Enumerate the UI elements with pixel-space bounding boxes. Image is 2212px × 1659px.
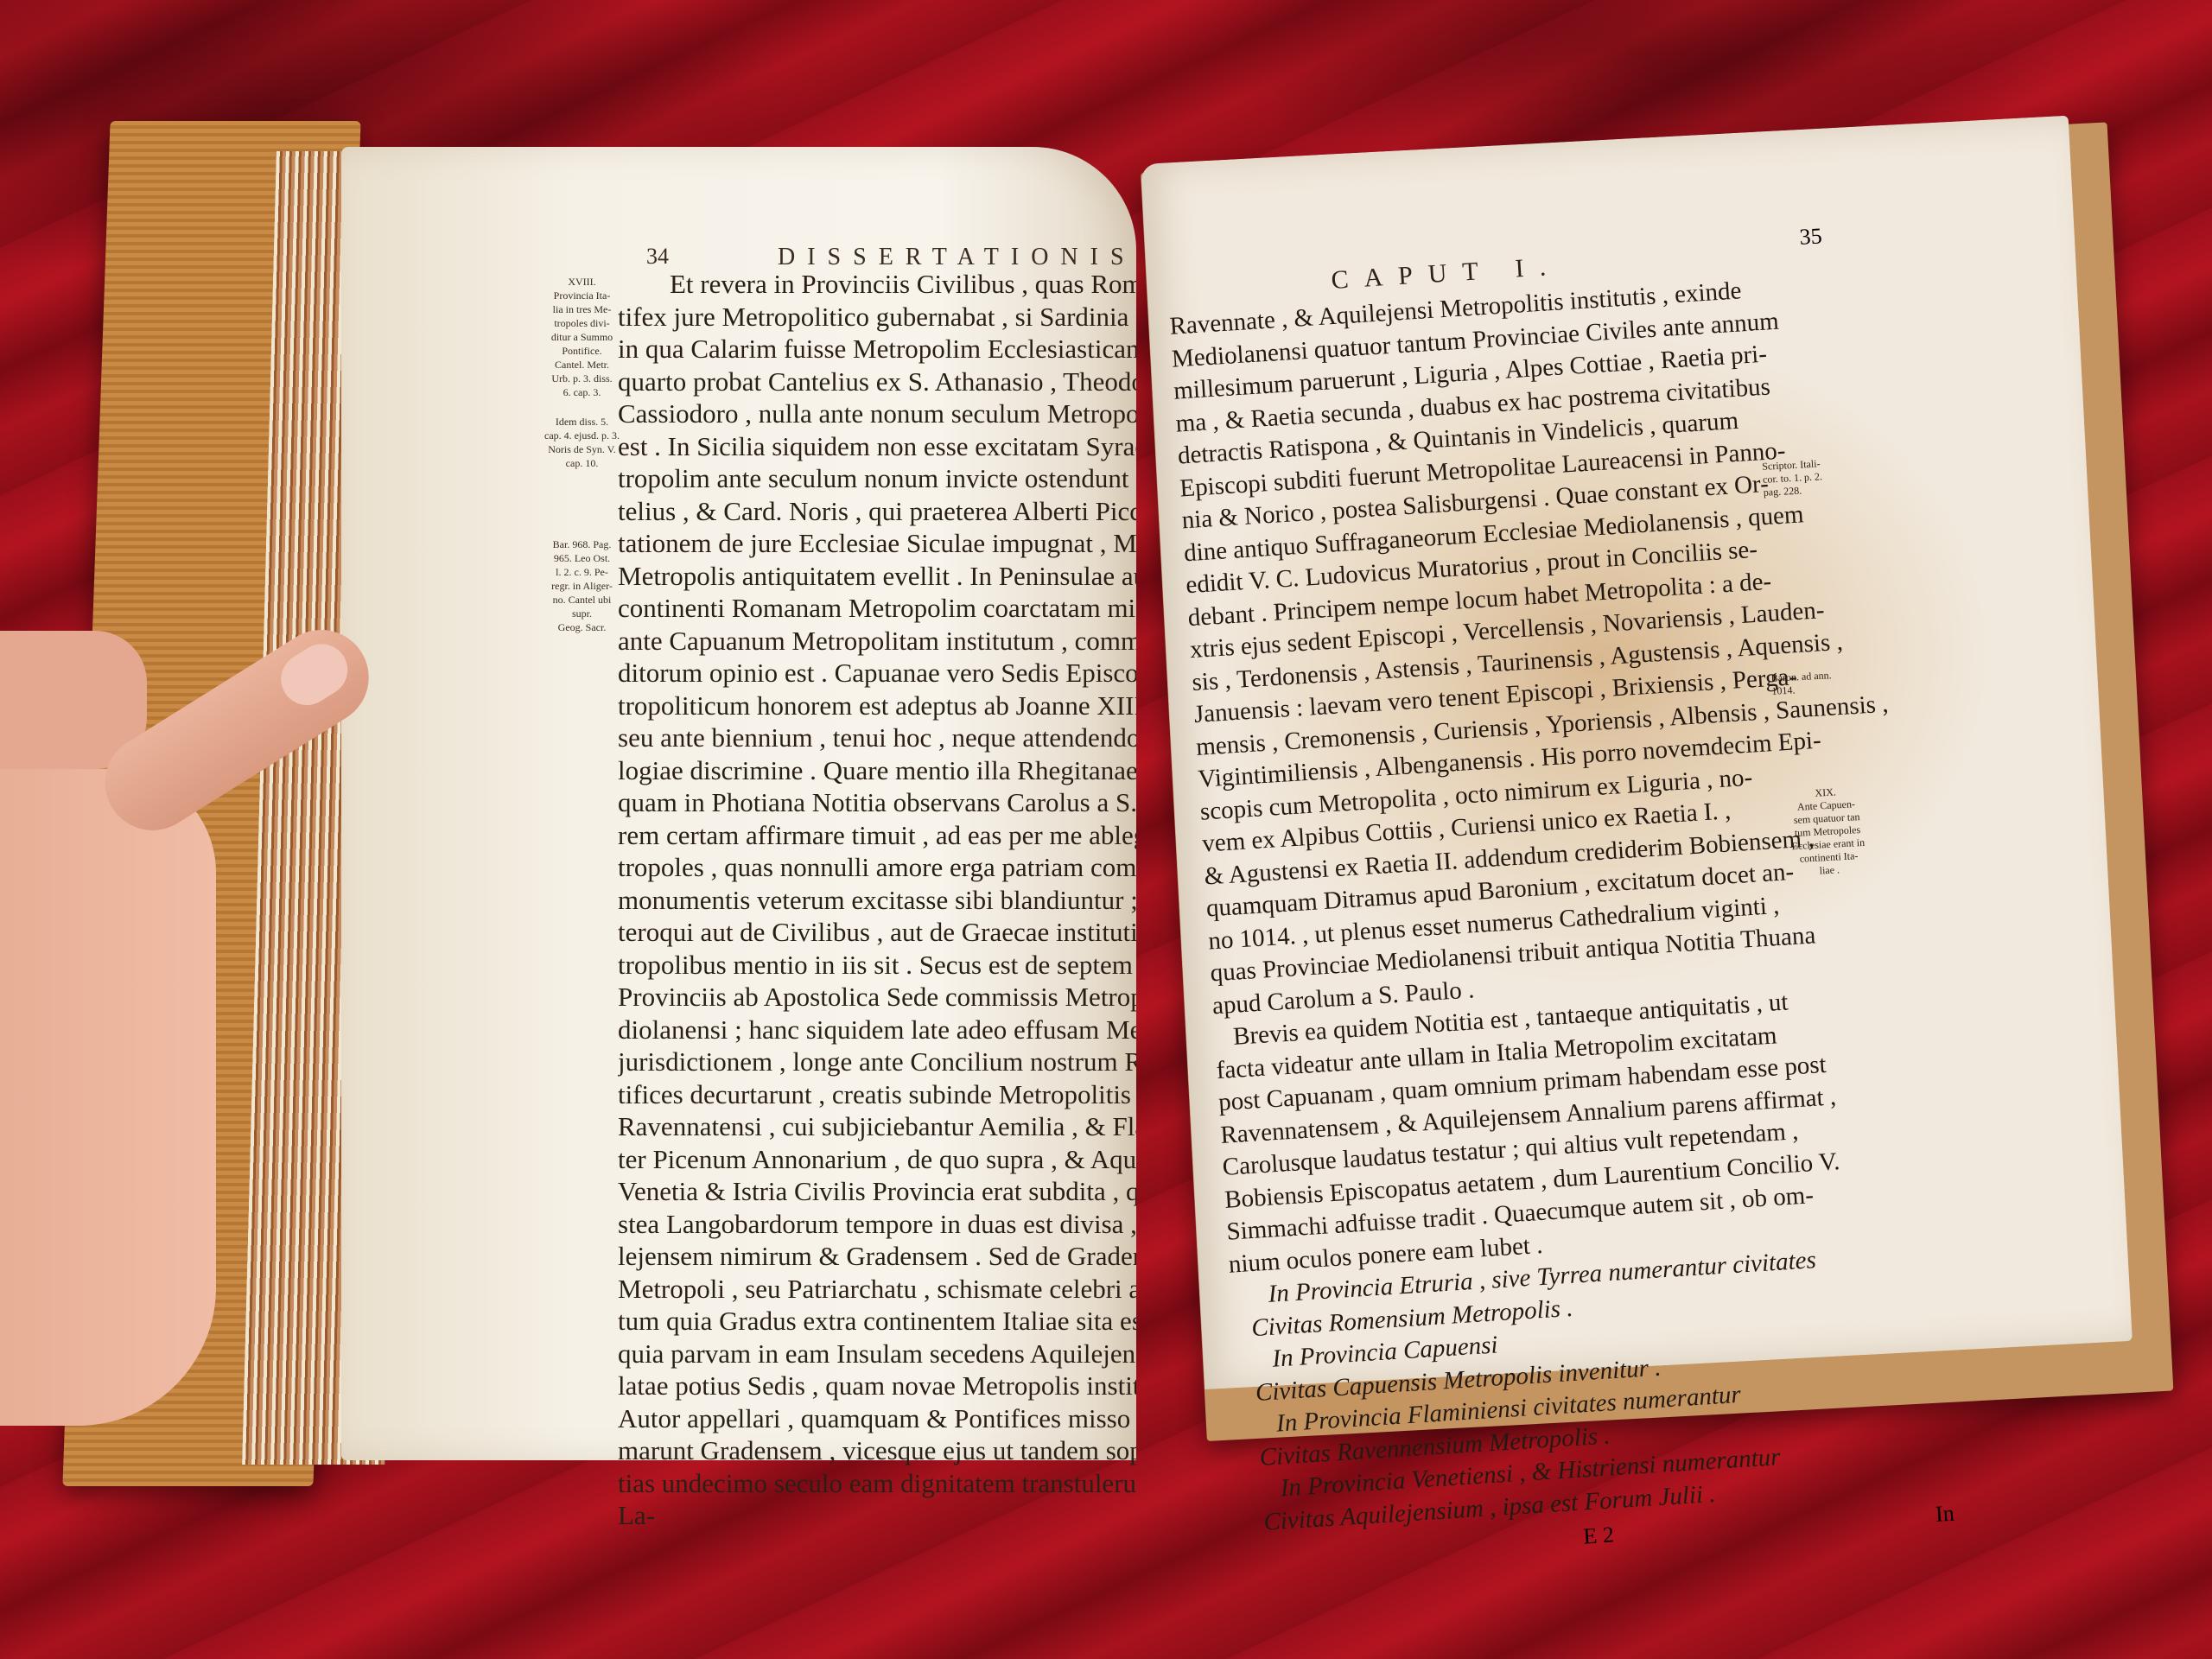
text-line: tationem de jure Ecclesiae Siculae impug… [618,527,1136,560]
text-line: ditorum opinio est . Capuanae vero Sedis… [618,657,1136,690]
text-line: tias undecimo seculo eam dignitatem tran… [618,1467,1136,1500]
margin-line: Geog. Sacr. [541,620,623,634]
text-line: ter Picenum Annonarium , de quo supra , … [618,1143,1136,1176]
margin-line: l. 2. c. 9. Pe- [541,565,623,579]
margin-line: tropoles divi- [541,316,623,330]
text-line: in qua Calarim fuisse Metropolim Ecclesi… [618,333,1136,365]
margin-line: XVIII. [541,275,623,289]
text-line: seu ante biennium , tenui hoc , neque at… [618,721,1136,754]
text-line: latae potius Sedis , quam novae Metropol… [618,1370,1136,1402]
margin-line: ditur a Summo [541,330,623,344]
signature-mark: E 2 [1583,1522,1615,1549]
text-line: stea Langobardorum tempore in duas est d… [618,1208,1136,1241]
margin-note-baron: Baron. ad ann. 1014. [1770,667,1866,698]
margin-line: cap. 10. [541,456,623,470]
margin-line: Provincia Ita- [541,289,623,302]
margin-line: no. Cantel ubi [541,593,623,607]
text-line: Metropolis antiquitatem evellit . In Pen… [618,560,1136,593]
text-line: marunt Gradensem , vicesque ejus ut tand… [618,1434,1136,1467]
margin-line: 6. cap. 3. [541,385,623,399]
text-line: Cassiodoro , nulla ante nonum seculum Me… [618,397,1136,430]
text-line: quia parvam in eam Insulam secedens Aqui… [618,1338,1136,1370]
margin-line: Idem diss. 5. [541,415,623,429]
right-page-content: 35 CAPUT I. Ravennate , & Aquilejensi Me… [1166,238,1852,1571]
text-line: tropolim ante seculum nonum invicte oste… [618,462,1136,495]
margin-line: regr. in Aliger- [541,579,623,593]
margin-note-xix: XIX. Ante Capuen- sem quatuor tan tum Me… [1777,784,1877,880]
margin-note-idem: Idem diss. 5. cap. 4. ejusd. p. 3. Noris… [541,415,623,470]
text-line: ante Capuanum Metropolitam institutum , … [618,625,1136,658]
left-page-body: Et revera in Provinciis Civilibus , quas… [618,268,1136,1532]
text-line: logiae discrimine . Quare mentio illa Rh… [618,754,1136,787]
margin-note-scriptor: Scriptor. Itali- cor. to. 1. p. 2. pag. … [1762,455,1859,499]
margin-line: Urb. p. 3. diss. [541,372,623,385]
text-line: tifex jure Metropolitico gubernabat , si… [618,301,1136,334]
text-line: continenti Romanam Metropolim coarctatam… [618,592,1136,625]
margin-line: 965. Leo Ost. [541,551,623,565]
text-line: Metropoli , seu Patriarchatu , schismate… [618,1273,1136,1306]
text-line: tropoles , quas nonnulli amore erga patr… [618,851,1136,884]
text-line: est . In Sicilia siquidem non esse excit… [618,430,1136,463]
text-line: monumentis veterum excitasse sibi blandi… [618,884,1136,917]
margin-line: cap. 4. ejusd. p. 3. [541,429,623,442]
photo-scene: 34 DISSERTATIONIS XVIII. Provincia Ita- … [0,0,2212,1659]
margin-line: lia in tres Me- [541,302,623,316]
margin-note-xviii: XVIII. Provincia Ita- lia in tres Me- tr… [541,275,623,399]
left-page-number: 34 [646,244,669,270]
text-line: Autor appellari , quamquam & Pontifices … [618,1402,1136,1435]
text-line: rem certam affirmare timuit , ad eas per… [618,819,1136,852]
text-line: lejensem nimirum & Gradensem . Sed de Gr… [618,1240,1136,1273]
hand-palm [0,769,216,1426]
text-line: jurisdictionem , longe ante Concilium no… [618,1046,1136,1078]
text-line: tifices decurtarunt , creatis subinde Me… [618,1078,1136,1111]
text-line: quarto probat Cantelius ex S. Athanasio … [618,365,1136,398]
margin-line: Pontifice. [541,344,623,358]
text-line: tropolibus mentio in iis sit . Secus est… [618,949,1136,982]
margin-note-bar: Bar. 968. Pag. 965. Leo Ost. l. 2. c. 9.… [541,537,623,634]
thumbnail [271,634,358,715]
margin-line: Noris de Syn. V. [541,442,623,456]
text-line: Provinciis ab Apostolica Sede commissis … [618,981,1136,1014]
text-line: telius , & Card. Noris , qui praeterea A… [618,495,1136,528]
text-line: La- [618,1499,1136,1532]
text-line: Venetia & Istria Civilis Provincia erat … [618,1175,1136,1208]
right-page-body: Ravennate , & Aquilejensi Metropolitis i… [1169,273,1850,1540]
margin-line: Bar. 968. Pag. [541,537,623,551]
text-line: quam in Photiana Notitia observans Carol… [618,786,1136,819]
margin-line: supr. [541,607,623,620]
text-line: teroqui aut de Civilibus , aut de Graeca… [618,916,1136,949]
right-page-number: 35 [1799,223,1823,251]
margin-line: Cantel. Metr. [541,358,623,372]
text-line: tum quia Gradus extra continentem Italia… [618,1305,1136,1338]
text-line: Ravennatensi , cui subjiciebantur Aemili… [618,1110,1136,1143]
catchword: In [1935,1501,1955,1528]
text-line: tropoliticum honorem est adeptus ab Joan… [618,690,1136,722]
text-line: Et revera in Provinciis Civilibus , quas… [618,268,1136,301]
text-line: diolanensi ; hanc siquidem late adeo eff… [618,1014,1136,1046]
